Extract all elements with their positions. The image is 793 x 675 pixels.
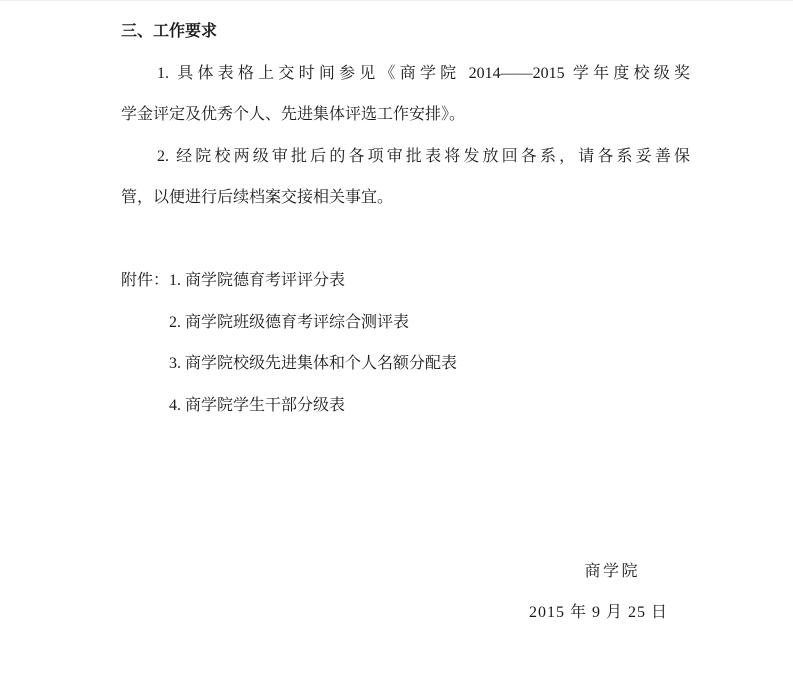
attachment-item-3: 3. 商学院校级先进集体和个人名额分配表: [169, 343, 738, 385]
attachment-item-1: 1. 商学院德育考评评分表: [169, 272, 345, 289]
attachments-line-1: 附件：1. 商学院德育考评评分表: [121, 260, 690, 302]
blank-line: [121, 219, 690, 261]
signature-organization: 商学院: [121, 551, 690, 593]
paragraph-1-line-2: 学金评定及优秀个人、先进集体评选工作安排》。: [121, 94, 690, 136]
attachment-item-2: 2. 商学院班级德育考评综合测评表: [169, 302, 738, 344]
paragraph-2-line-2: 管，以便进行后续档案交接相关事宜。: [121, 177, 690, 219]
blank-line: [121, 468, 690, 510]
blank-line: [121, 509, 690, 551]
paragraph-2-line-1: 2. 经院校两级审批后的各项审批表将发放回各系，请各系妥善保: [121, 136, 690, 178]
attachment-item-4: 4. 商学院学生干部分级表: [169, 385, 738, 427]
document-page: 三、工作要求 1. 具体表格上交时间参见《商学院 2014——2015 学年度校…: [0, 0, 793, 675]
attachments-label: 附件：: [121, 272, 169, 289]
signature-date: 2015 年 9 月 25 日: [121, 592, 690, 634]
section-heading: 三、工作要求: [121, 11, 690, 53]
paragraph-1-line-1: 1. 具体表格上交时间参见《商学院 2014——2015 学年度校级奖: [121, 53, 690, 95]
blank-line: [121, 426, 690, 468]
